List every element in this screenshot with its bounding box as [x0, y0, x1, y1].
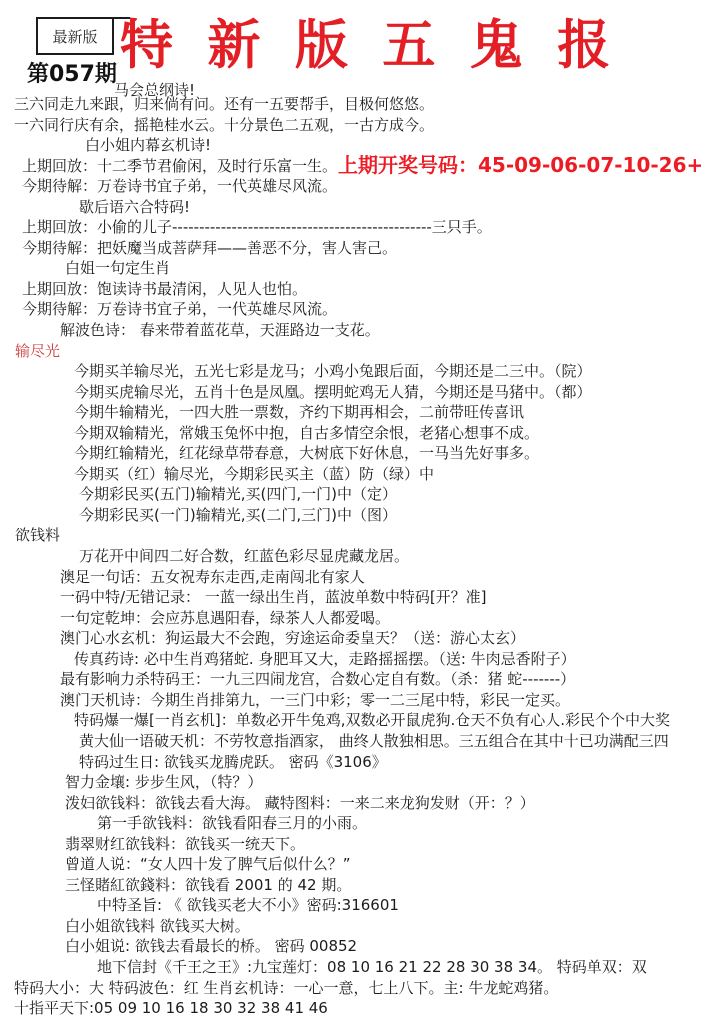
section-heading: 白姐一句定生肖	[0, 258, 701, 279]
text-line: 今期待解：万卷诗书宜子弟，一代英雄尽风流。	[0, 299, 701, 320]
text-line: 澳门天机诗：今期生肖排第九，一三门中彩；零一二三尾中特，彩民一定买。	[0, 690, 701, 711]
text-line: 今期买（红）输尽光，今期彩民买主（蓝）防（绿）中	[0, 464, 701, 485]
text-line: 翡翠财红欲钱料：欲钱买一统天下。	[0, 834, 701, 855]
section-label-shujinguang: 输尽光	[0, 341, 701, 362]
text-line: 今期待解：万卷诗书宜子弟，一代英雄尽风流。	[0, 176, 701, 197]
text-line: 三怪賭紅欲錢料：欲钱看 2001 的 42 期。	[0, 875, 701, 896]
text-line: 三六同走九来跟，归来倘有问。还有一五要帮手，目极何悠悠。	[0, 94, 701, 115]
text-line: 智力金壤: 步步生风，（特？）	[0, 772, 701, 793]
text-line: 一码中特/无错记录： 一蓝一绿出生肖，蓝波单数中特码[开？准]	[0, 587, 701, 608]
text-line: 今期彩民买(五门)输精光,买(四门,一门)中（定）	[0, 484, 701, 505]
text-line: 今期红输精光，红花绿草带春意，大树底下好休息，一马当先好事多。	[0, 443, 701, 464]
text-line: 十指平天下:05 09 10 16 18 30 32 38 41 46	[0, 998, 701, 1018]
text-line: 泼妇欲钱料：欲钱去看大海。 藏特图料：一来二来龙狗发财（开：？）	[0, 793, 701, 814]
text-line: 解波色诗： 春来带着蓝花草，天涯路边一支花。	[0, 320, 701, 341]
text-line: 今期双输精光，常娥玉兔怀中抱，自古多情空余恨，老猪心想事不成。	[0, 423, 701, 444]
text-line: 特码大小：大 特码波色：红 生肖玄机诗：一心一意，七上八下。主: 牛龙蛇鸡猪。	[0, 978, 701, 999]
text-line: 一句定乾坤：会应苏息遇阳春，绿茶人人都爱喝。	[0, 608, 701, 629]
text-line: 上期回放：十二季节君偷闲，及时行乐富一生。	[0, 156, 701, 177]
issue-number: 第057期	[27, 57, 117, 88]
text-line: 上期回放：小偷的儿子------------------------------…	[0, 217, 701, 238]
text-line: 中特圣旨: 《 欲钱买老大不小》密码:316601	[0, 895, 701, 916]
section-heading: 歇后语六合特码!	[0, 197, 701, 218]
document-body: 三六同走九来跟，归来倘有问。还有一五要帮手，目极何悠悠。 一六同行庆有余，摇艳桂…	[0, 94, 701, 1018]
text-line: 黄大仙一语破天机：不劳牧意指酒家， 曲终人散独相思。三五组合在其中十已功满配三四	[0, 731, 701, 752]
text-line: 今期待解：把妖魔当成菩萨拜——善恶不分，害人害己。	[0, 238, 701, 259]
edition-badge: 最新版	[36, 17, 114, 55]
text-line: 传真药诗: 必中生肖鸡猪蛇. 身肥耳又大，走路摇摇摆。（送: 牛肉忌香附子）	[0, 649, 701, 670]
text-line: 第一手欲钱料：欲钱看阳春三月的小雨。	[0, 813, 701, 834]
text-line: 万花开中间四二好合数，红蓝色彩尽显虎藏龙居。	[0, 546, 701, 567]
section-heading: 白小姐内幕玄机诗!	[0, 135, 701, 156]
text-line: 上期回放：饱读诗书最清闲，人见人也怕。	[0, 279, 701, 300]
text-line: 最有影响力杀特码王：一九三四闹龙宫，合数心定自有数。（杀：猪 蛇-------）	[0, 669, 701, 690]
text-line: 今期彩民买(一门)输精光,买(二门,三门)中（图）	[0, 505, 701, 526]
text-line: 特码过生日: 欲钱买龙腾虎跃。 密码《3106》	[0, 752, 701, 773]
text-line: 曾道人说：“女人四十发了脾气后似什么？”	[0, 854, 701, 875]
text-line: 白小姐欲钱料 欲钱买大树。	[0, 916, 701, 937]
section-label-yuqianliao: 欲钱料	[0, 525, 701, 546]
five-ghost-report-page: 最新版 特 新 版 五 鬼 报 第057期 马会总纲诗! 上期开奖号码：45-0…	[0, 0, 701, 1018]
text-line: 今期牛输精光，一四大胜一票数，齐约下期再相会，二前带旺传喜讯	[0, 402, 701, 423]
text-line: 澳足一句话：五女祝寿东走西,走南闯北有家人	[0, 567, 701, 588]
text-line: 澳门心水玄机：狗运最大不会跑，穷途运命委皇天？（送：游心太玄）	[0, 628, 701, 649]
text-line: 白小姐说: 欲钱去看最长的桥。 密码 00852	[0, 936, 701, 957]
text-line: 一六同行庆有余，摇艳桂水云。十分景色二五观，一古方成今。	[0, 115, 701, 136]
page-title: 特 新 版 五 鬼 报	[120, 10, 680, 82]
text-line: 特码爆一爆[一肖玄机]：单数必开牛兔鸡,双数必开鼠虎狗.仓天不负有心人.彩民个个…	[0, 710, 701, 731]
text-line: 今期买羊输尽光，五光七彩是龙马；小鸡小兔跟后面，今期还是二三中。（院）	[0, 361, 701, 382]
edition-badge-label: 最新版	[52, 26, 97, 47]
text-line: 今期买虎输尽光，五肖十色是凤凰。摆明蛇鸡无人猜，今期还是马猪中。（都）	[0, 382, 701, 403]
text-line: 地下信封《千王之王》:九宝莲灯：08 10 16 21 22 28 30 38 …	[0, 957, 701, 978]
